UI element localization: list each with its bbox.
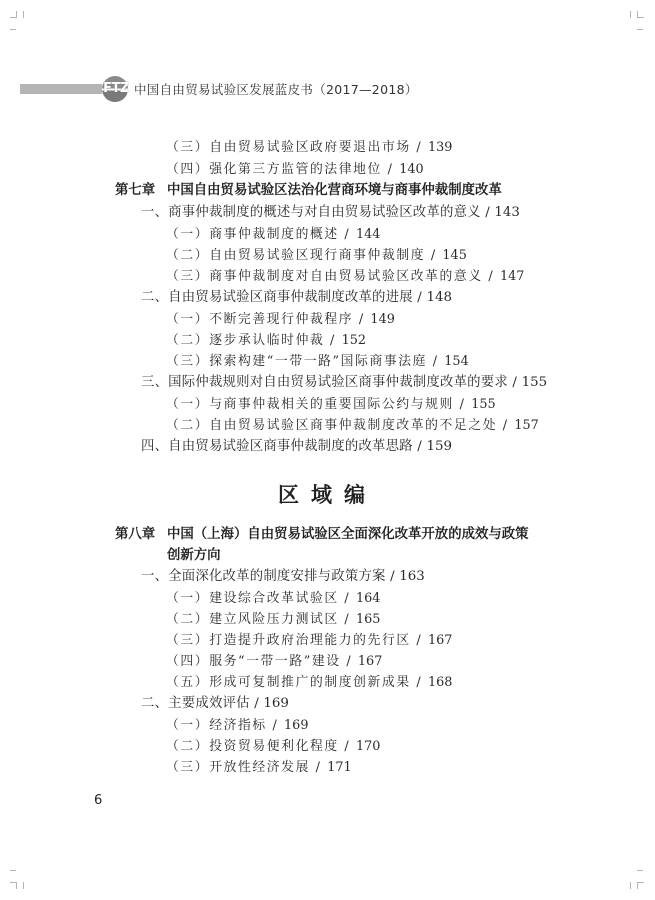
toc-entry[interactable]: （三）开放性经济发展 / 171 (166, 759, 352, 777)
crop-mark-bottom-left-dash (10, 870, 16, 871)
toc-entry[interactable]: （二）投资贸易便利化程度 / 170 (166, 738, 380, 756)
chapter-number: 第七章 (115, 182, 167, 200)
toc-entry[interactable]: （一）与商事仲裁相关的重要国际公约与规则 / 155 (166, 396, 496, 414)
book-title: 中国自由贸易试验区发展蓝皮书（2017—2018） (134, 80, 418, 98)
crop-mark-bottom-right-dash (637, 870, 643, 871)
page-ref: 139 (428, 140, 452, 155)
crop-mark-top-left-tick (23, 11, 24, 18)
toc-entry[interactable]: （三）探索构建“一带一路”国际商事法庭 / 154 (166, 353, 469, 371)
toc-entry[interactable]: （四）强化第三方监管的法律地位 / 140 (166, 161, 424, 179)
header-bar (20, 84, 102, 94)
toc-entry[interactable]: （三）自由贸易试验区政府要退出市场 / 139 (166, 139, 452, 157)
toc-entry[interactable]: （四）服务“一带一路”建设 / 167 (166, 653, 382, 671)
logo-text: FTZ (100, 81, 132, 96)
chapter-8-heading[interactable]: 第八章中国（上海）自由贸易试验区全面深化改革开放的成效与政策 (115, 526, 529, 544)
crop-mark-bottom-left-v (16, 882, 17, 889)
crop-mark-top-left-dash (10, 29, 16, 30)
toc-entry[interactable]: （二）建立风险压力测试区 / 165 (166, 611, 380, 629)
toc-entry[interactable]: （二）自由贸易试验区现行商事仲裁制度 / 145 (166, 247, 467, 265)
chapter-title: 中国（上海）自由贸易试验区全面深化改革开放的成效与政策 (167, 527, 529, 542)
toc-entry[interactable]: （二）逐步承认临时仲裁 / 152 (166, 332, 366, 350)
crop-mark-bottom-right-tick (630, 882, 631, 889)
running-header: FTZ 中国自由贸易试验区发展蓝皮书（2017—2018） (0, 76, 655, 102)
toc-entry[interactable]: 四、自由贸易试验区商事仲裁制度的改革思路 / 159 (141, 438, 452, 456)
crop-mark-top-right-dash (637, 29, 643, 30)
page-number: 6 (94, 793, 102, 808)
toc-entry[interactable]: （二）自由贸易试验区商事仲裁制度改革的不足之处 / 157 (166, 417, 539, 435)
toc-entry[interactable]: （三）打造提升政府治理能力的先行区 / 167 (166, 632, 452, 650)
toc-entry[interactable]: （一）建设综合改革试验区 / 164 (166, 590, 380, 608)
chapter-7-heading[interactable]: 第七章中国自由贸易试验区法治化营商环境与商事仲裁制度改革 (115, 182, 502, 200)
toc-entry[interactable]: 一、全面深化改革的制度安排与政策方案 / 163 (141, 568, 425, 586)
crop-mark-bottom-right-h (637, 882, 644, 883)
crop-mark-bottom-right-v (637, 882, 638, 889)
toc-entry[interactable]: （一）经济指标 / 169 (166, 717, 308, 735)
chapter-8-title-continued: 创新方向 (167, 547, 221, 565)
crop-mark-top-right-v (637, 11, 638, 18)
part-title: 区域编 (0, 479, 655, 509)
toc-entry[interactable]: 二、自由贸易试验区商事仲裁制度改革的进展 / 148 (141, 289, 452, 307)
toc-entry[interactable]: 三、国际仲裁规则对自由贸易试验区商事仲裁制度改革的要求 / 155 (141, 374, 547, 392)
toc-entry[interactable]: （三）商事仲裁制度对自由贸易试验区改革的意义 / 147 (166, 268, 524, 286)
crop-mark-top-left-v (16, 11, 17, 18)
toc-entry[interactable]: 二、主要成效评估 / 169 (141, 695, 289, 713)
toc-entry[interactable]: （一）商事仲裁制度的概述 / 144 (166, 226, 380, 244)
crop-mark-top-right-tick (630, 11, 631, 18)
toc-entry[interactable]: （五）形成可复制推广的制度创新成果 / 168 (166, 674, 452, 692)
page-ref: 140 (399, 162, 423, 177)
toc-entry[interactable]: （一）不断完善现行仲裁程序 / 149 (166, 311, 395, 329)
chapter-title: 中国自由贸易试验区法治化营商环境与商事仲裁制度改革 (167, 183, 502, 198)
toc-entry[interactable]: 一、商事仲裁制度的概述与对自由贸易试验区改革的意义 / 143 (141, 204, 520, 222)
chapter-number: 第八章 (115, 526, 167, 544)
crop-mark-bottom-left-tick (23, 882, 24, 889)
crop-mark-top-right-h (637, 17, 644, 18)
